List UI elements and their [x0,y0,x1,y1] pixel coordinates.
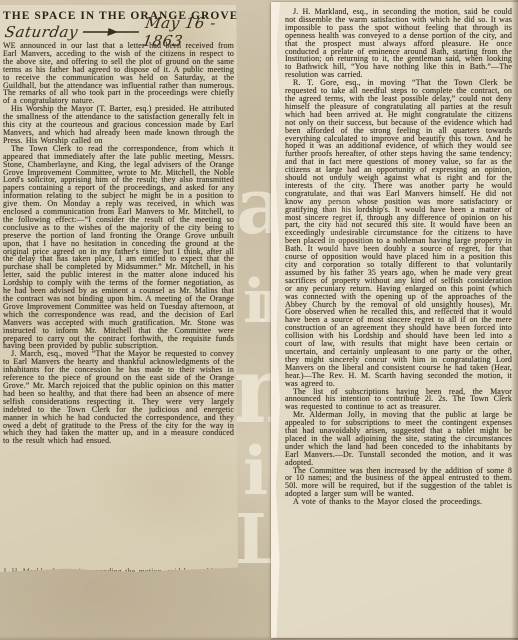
right-article-body: J. H. Markland, esq., in seconding the m… [285,8,512,506]
torn-paper-edge [271,2,280,638]
arrow-dash-icon [81,27,141,37]
cut-off-text-line: J. H. Markland, esq., in seconding the m… [3,568,234,572]
paragraph: His Worship the Mayor (T. Barter, esq.) … [3,105,234,145]
paragraph: The list of subscriptions having been re… [285,388,512,412]
paragraph: Mr. Alderman Jolly, in moving that the p… [285,411,512,466]
ghost-letter: i [243,272,266,332]
paragraph: The Committee was then increased by the … [285,467,512,499]
paragraph: R. T. Gore, esq., in moving “That the To… [285,79,512,387]
left-newspaper-clipping: THE SPACE IN THE ORANGE GROVE. Saturday … [0,5,238,572]
handwritten-date-row: Saturday May 16 - 1863 [3,22,231,41]
paragraph: J. March, esq., moved “That the Mayor be… [3,350,234,445]
ghost-letter: i [243,438,268,504]
scrapbook-page: a i n n i L t THE SPACE IN THE ORANGE GR… [0,0,518,640]
paragraph: The Town Clerk to read the correspondenc… [3,145,234,351]
handwritten-day: Saturday [4,23,80,41]
right-newspaper-clipping: J. H. Markland, esq., in seconding the m… [271,2,518,638]
paragraph: A vote of thanks to the Mayor closed the… [285,498,512,506]
left-article-body: WE announced in our last that a letter h… [3,42,234,445]
paragraph: WE announced in our last that a letter h… [3,42,234,105]
paragraph: J. H. Markland, esq., in seconding the m… [285,8,512,79]
handwritten-date: May 16 - 1863 [141,14,233,50]
